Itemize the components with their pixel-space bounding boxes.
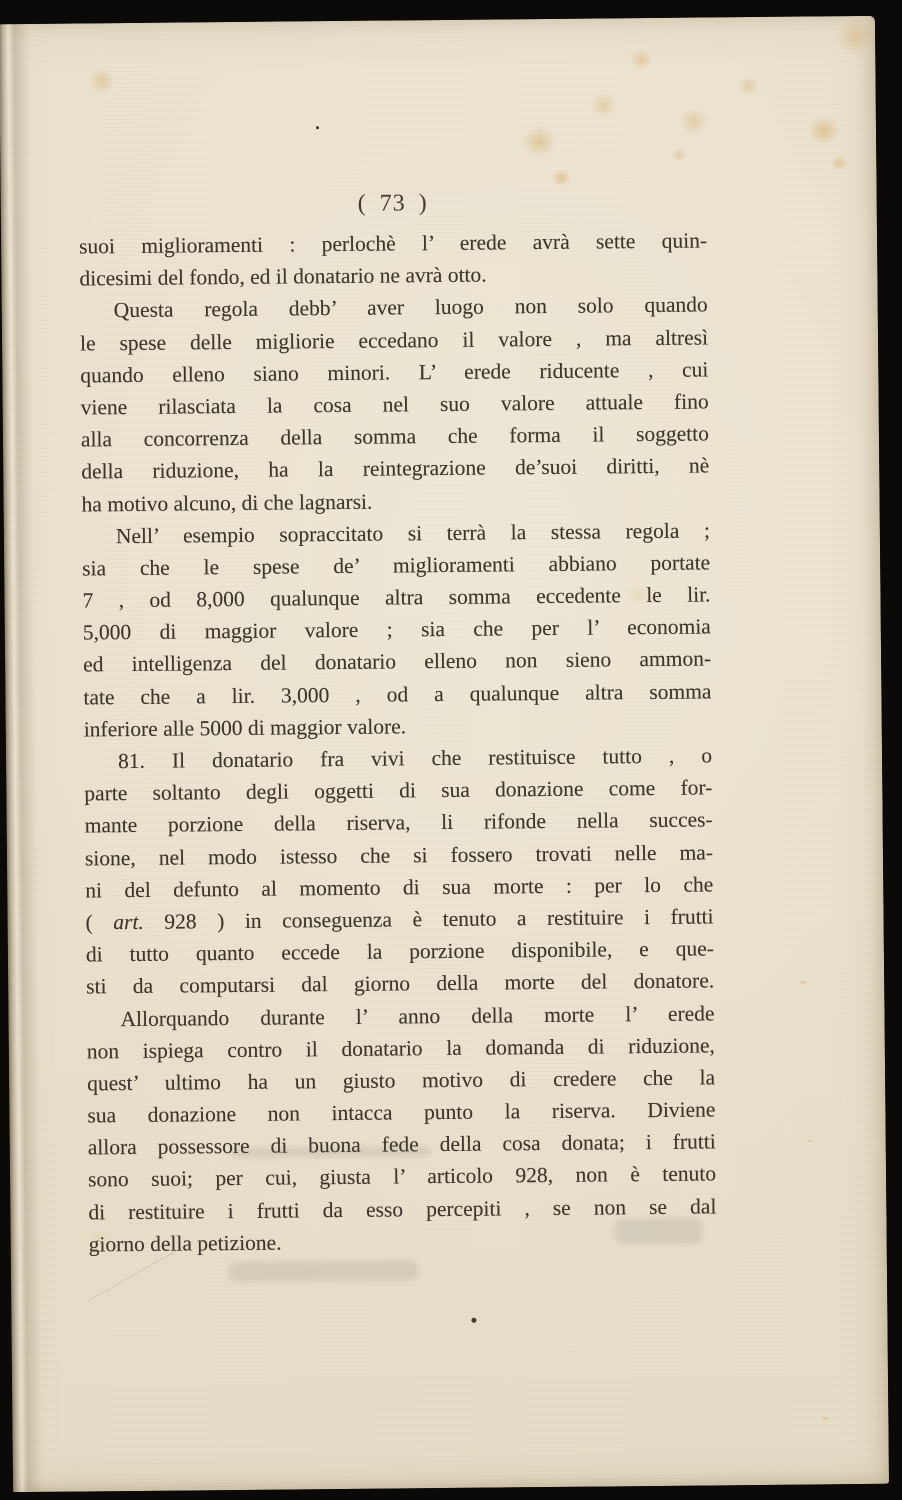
scan-background: ( 73 ) suoi miglioramenti : perlochè l’ … [0,0,902,1500]
foxing-stain [625,44,657,74]
text-segment: sione, nel modo istesso che si fossero t… [85,840,713,870]
foxing-stain [586,88,622,122]
paragraph: 81. Il donatario fra vivi che restituisc… [84,739,714,1003]
text-segment: sua donazione non intacca punto la riser… [87,1097,715,1127]
text-segment: sti da computarsi dal giorno della morte… [86,969,714,999]
text-segment: 5,000 di maggior valore ; sia che per l’… [83,615,711,645]
foxing-stain [674,102,714,140]
text-segment: quando elleno siano minori. L’ erede rid… [80,357,708,387]
text-segment: viene rilasciata la cosa nel suo valore … [81,389,709,419]
text-segment: inferiore alle 5000 di maggior valore. [84,714,407,741]
text-segment: non ispiega contro il donatario la doman… [87,1033,715,1063]
text-segment: ni del defunto al momento di sua morte :… [85,872,713,902]
text-line: Questa regola debb’ aver luogo non solo … [80,289,708,327]
text-segment: Nell’ esempio sopraccitato si terrà la s… [116,518,710,548]
foxing-stain [829,12,881,62]
text-segment: le spese delle migliorie eccedano il val… [80,325,708,355]
foxing-stain [515,120,563,164]
text-segment: mante porzione della riserva, li rifonde… [85,808,713,838]
page-number: ( 73 ) [79,187,707,220]
text-line: della riduzione, ha la reintegrazione de… [81,450,709,488]
foxing-stain [547,165,575,191]
book-page: ( 73 ) suoi miglioramenti : perlochè l’ … [0,16,889,1492]
text-segment: tate che a lir. 3,000 , od a qualunque a… [83,679,711,709]
text-segment: ed intelligenza del donatario elleno non… [83,647,711,677]
text-line: suoi miglioramenti : perlochè l’ erede a… [79,224,707,262]
text-line: mante porzione della riserva, li rifonde… [85,804,713,842]
text-segment: ha motivo alcuno, di che lagnarsi. [81,489,372,516]
foxing-stain [802,109,846,151]
text-segment: 81. Il donatario fra vivi che restituisc… [118,743,712,773]
text-segment: 7 , od 8,000 qualunque altra somma ecced… [82,582,710,612]
text-segment: dicesimi del fondo, ed il donatario ne a… [79,263,486,291]
page-spine-shadow [0,24,43,1492]
scanned-book-page: { "palette": { "scan_background": "#0b0a… [0,0,902,1500]
text-line: di restituire i frutti da esso percepiti… [88,1190,716,1228]
paragraph: Nell’ esempio sopraccitato si terrà la s… [82,514,712,745]
text-segment: ( [85,910,113,934]
text-segment: Allorquando durante l’ anno della morte … [120,1001,714,1031]
text-block: suoi miglioramenti : perlochè l’ erede a… [79,224,717,1260]
text-segment: sono suoi; per cui, giusta l’ articolo 9… [88,1162,716,1192]
foxing-stain [796,979,810,985]
text-segment: suoi miglioramenti : perlochè l’ erede a… [79,228,707,258]
text-segment: art. [113,910,144,934]
ink-speck [471,1317,477,1323]
text-segment: parte soltanto degli oggetti di sua dona… [84,776,712,806]
text-segment: di tutto quanto eccede la porzione dispo… [86,937,714,967]
text-line: tate che a lir. 3,000 , od a qualunque a… [83,675,711,713]
text-segment: quest’ ultimo ha un giusto motivo di cre… [87,1065,715,1095]
foxing-stain [669,146,689,164]
text-segment: sia che le spese de’ miglioramenti abbia… [82,550,710,580]
foxing-stain [734,73,762,99]
foxing-stain [805,1138,815,1143]
text-segment: di restituire i frutti da esso percepiti… [88,1194,716,1224]
ink-speck [316,126,319,129]
foxing-stain [83,63,119,99]
text-line: sti da computarsi dal giorno della morte… [86,965,714,1003]
text-segment: Questa regola debb’ aver luogo non solo … [114,293,708,323]
text-segment: alla concorrenza della somma che forma i… [81,422,709,452]
text-segment: allora possessore di buona fede della co… [88,1130,716,1160]
foxing-stain [818,1415,832,1421]
text-line: giorno della petizione. [89,1222,717,1260]
foxing-stain [827,152,851,174]
text-segment: giorno della petizione. [89,1230,282,1256]
show-through-smudge [229,1260,419,1282]
paragraph: Questa regola debb’ aver luogo non solo … [80,289,710,520]
text-segment: della riduzione, ha la reintegrazione de… [81,454,709,484]
text-segment: 928 ) in conseguenza è tenuto a restitui… [144,904,714,933]
paragraph: suoi miglioramenti : perlochè l’ erede a… [79,224,708,294]
paragraph: Allorquando durante l’ anno della morte … [86,997,716,1261]
